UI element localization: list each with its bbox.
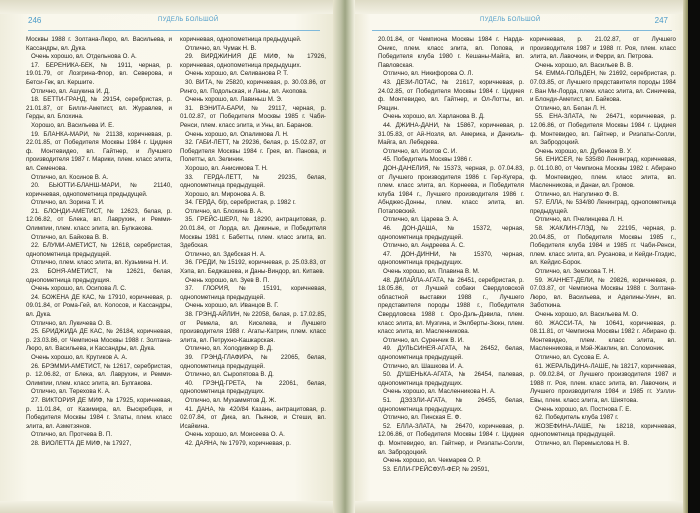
evaluation-line: Отлично, вл. Мухаммятов Д. Ж. bbox=[180, 397, 326, 406]
catalog-entry: 52. ЕЛЛА-ЗЛАТА, № 26470, коричневая, р. … bbox=[378, 423, 524, 457]
evaluation-line: Очень хорошо, вл. Отдельнова О. А. bbox=[26, 53, 172, 62]
page-number-left: 246 bbox=[28, 16, 41, 25]
evaluation-line: Отлично, вл. Байкова В. В. bbox=[26, 234, 172, 243]
evaluation-line: Очень хорошо, вл. Крутиков А. А. bbox=[26, 354, 172, 363]
evaluation-line: Отлично, вл. Белан Л. Н. bbox=[530, 105, 676, 114]
book-spread: 246 ПУДЕЛЬ БОЛЬШОЙ ПУДЕЛЬ БОЛЬШОЙ 247 Мо… bbox=[0, 0, 700, 513]
catalog-entry: 25. БРИДЖИДА ДЕ КАС, № 26184, коричневая… bbox=[26, 328, 172, 354]
evaluation-line: Очень хорошо, вл. Дубенков В. У. bbox=[530, 148, 676, 157]
evaluation-line: Отлично, вл. Пчелинцева Л. Н. bbox=[530, 216, 676, 225]
catalog-entry: 47. ДОН-ДИННИ, № 15370, черная, однопоме… bbox=[378, 251, 524, 268]
catalog-entry: 41. ДАНА, № 420/84 Казань, антрацитовая,… bbox=[180, 406, 326, 432]
catalog-entry: 26. БРЭММИ-АМЕТИСТ, № 12617, серебристая… bbox=[26, 363, 172, 389]
evaluation-line: Очень хорошо, вл. Лавиньш М. Э. bbox=[180, 96, 326, 105]
catalog-entry: 31. ВЭНИТА-БАРИ, № 29117, черная, р. 01.… bbox=[180, 105, 326, 131]
catalog-entry: 32. ГАБИ-ЛЕТТ, № 29236, белая, р. 15.02.… bbox=[180, 139, 326, 165]
evaluation-line: 62. Победитель клуба 1987 г. bbox=[530, 414, 676, 423]
catalog-entry: 38. ГРЭНД-АЙЛИН, № 22058, белая, р. 17.0… bbox=[180, 311, 326, 345]
evaluation-line: Хорошо, вл. Миронова А. В. bbox=[180, 191, 326, 200]
catalog-entry: 28. ВИОЛЕТТА ДЕ МИФ, № 17927, bbox=[26, 440, 172, 449]
evaluation-line: Хорошо, вл. Анисимова Т. Н. bbox=[180, 165, 326, 174]
left-page-header: 246 ПУДЕЛЬ БОЛЬШОЙ bbox=[28, 16, 320, 31]
evaluation-line: Отлично, плем. класс элита, вл. Кузьмина… bbox=[26, 259, 172, 268]
catalog-entry: 33. ГЕРДА-ЛЕТТ, № 29235, белая, однопоме… bbox=[180, 174, 326, 191]
text-column-right-1: 20.01.84, от Чемпиона Москвы 1984 г. Нар… bbox=[378, 36, 524, 474]
evaluation-line: Очень хорошо, вл. Иванцов В. Г. bbox=[180, 302, 326, 311]
evaluation-line: Отлично, вл. Терехова К. А. bbox=[26, 388, 172, 397]
catalog-entry: 54. ЕММА-ГОЛЬДЕН, № 21692, серебристая, … bbox=[530, 70, 676, 104]
evaluation-line: Отлично, вл. Лукичева О. В. bbox=[26, 320, 172, 329]
catalog-entry: 19. БЛАНКА-МАРИ, № 21138, коричневая, р.… bbox=[26, 131, 172, 174]
catalog-entry: 55. ЕНА-ЗЛАТА, № 26471, коричневая, р. 1… bbox=[530, 113, 676, 147]
evaluation-line: Отлично, вл. Сыропятова В. Д. bbox=[180, 371, 326, 380]
catalog-entry: 24. БОЖЕНА ДЕ КАС, № 17910, коричневая, … bbox=[26, 294, 172, 320]
catalog-entry: 59. ЖАННЕТ-ДЕЛИ, № 29826, коричневая, р.… bbox=[530, 277, 676, 311]
evaluation-line: Отлично, вл. Пинская Е. Ф. bbox=[378, 414, 524, 423]
evaluation-line: 45. Победитель Москвы 1986 г. bbox=[378, 156, 524, 165]
evaluation-line: Отлично, вл. Холодивкер В. Д. bbox=[180, 345, 326, 354]
catalog-entry: 42. ДАЯНА, № 17979, коричневая, р. bbox=[180, 440, 326, 449]
continued-text: коричневая, р. 21.02.87, от Лучшего прои… bbox=[530, 36, 676, 62]
evaluation-line: Отлично, вл. Нагулинко Ф. В. bbox=[530, 191, 676, 200]
text-column-right-2: коричневая, р. 21.02.87, от Лучшего прои… bbox=[530, 36, 676, 449]
catalog-entry: 35. ГРЕЙС-ШЕРЛ, № 18290, антрацитовая, р… bbox=[180, 216, 326, 250]
catalog-entry: 30. ВИТА, № 25820, коричневая, р. 30.03.… bbox=[180, 79, 326, 96]
text-column-left-2: коричневая, однопометница предыдущей.Отл… bbox=[180, 36, 326, 449]
catalog-entry: 18. БЕТТИ-ГРАНД, № 29154, серебристая, р… bbox=[26, 96, 172, 122]
evaluation-line: Отлично, вл. Протчева В. П. bbox=[26, 431, 172, 440]
evaluation-line: Очень хорошо, вл. Зуев В. П. bbox=[180, 277, 326, 286]
evaluation-line: Очень хорошо, вл. Васильев В. В. bbox=[530, 62, 676, 71]
evaluation-line: Отлично, вл. Сусова Е. А. bbox=[530, 354, 676, 363]
catalog-entry: ЖОЗЕФИНА-ЛАШЕ, № 18218, коричневая, одно… bbox=[530, 423, 676, 440]
evaluation-line: Очень хорошо, вл. Масленникова Н. А. bbox=[378, 388, 524, 397]
catalog-entry: 22. БЛУМИ-АМЕТИСТ, № 12618, серебристая,… bbox=[26, 242, 172, 259]
evaluation-line: Отлично, вл. Земскова Т. Н. bbox=[530, 268, 676, 277]
catalog-entry: 40. ГРЭНД-ГРЕТА, № 22061, белая, однопом… bbox=[180, 380, 326, 397]
evaluation-line: Отлично, вл. Шашкова И. А. bbox=[378, 363, 524, 372]
evaluation-line: Очень хорошо, вл. Васильева М. О. bbox=[530, 311, 676, 320]
evaluation-line: Очень хорошо, вл. Моисеева О. А. bbox=[180, 431, 326, 440]
evaluation-line: Отлично, вл. Изотов С. И. bbox=[378, 148, 524, 157]
running-title-right: ПУДЕЛЬ БОЛЬШОЙ bbox=[480, 17, 541, 23]
evaluation-line: Очень хорошо, вл. Постнова Г. Е. bbox=[530, 406, 676, 415]
catalog-entry: 20. БЬЮТТИ-БЛАНШ-МАРИ, № 21140, коричнев… bbox=[26, 182, 172, 199]
evaluation-line: Отлично, вл. Никифорова О. Л. bbox=[378, 70, 524, 79]
catalog-entry: 23. БОНЯ-АМЕТИСТ, № 12621, белая, однопо… bbox=[26, 268, 172, 285]
evaluation-line: Отлично, вл. Суренчик В. И. bbox=[378, 337, 524, 346]
catalog-entry: 34. ГЕРДА, б/р, серебристая, р. 1982 г. bbox=[180, 199, 326, 208]
evaluation-line: Отлично, вл. Ашукина И. Д. bbox=[26, 88, 172, 97]
evaluation-line: Очень хорошо, вл. Харланова В. Д. bbox=[378, 113, 524, 122]
evaluation-line: Отлично, вл. Перемыслова Н. В. bbox=[530, 440, 676, 449]
evaluation-line: Отлично, вл. Чумак Н. В. bbox=[180, 45, 326, 54]
evaluation-line: Очень хорошо, вл. Опалимова Л. Н. bbox=[180, 131, 326, 140]
evaluation-line: Очень хорошо, вл. Селиванова Р. Т. bbox=[180, 70, 326, 79]
catalog-entry: 44. ДЖИНА-ДАНИ, № 15867, коричневая, р. … bbox=[378, 122, 524, 148]
evaluation-line: Очень хорошо, вл. Плавина В. М. bbox=[378, 268, 524, 277]
catalog-entry: 17. БЕРЕНИКА-БЕК, № 1911, черная, р. 19.… bbox=[26, 62, 172, 88]
evaluation-line: Очень хорошо, вл. Осипова Л. С. bbox=[26, 285, 172, 294]
evaluation-line: Хорошо, вл. Васильева И. Е. bbox=[26, 122, 172, 131]
continued-text: 20.01.84, от Чемпиона Москвы 1984 г. Нар… bbox=[378, 36, 524, 70]
evaluation-line: Отлично, вл. Зорина Т. И. bbox=[26, 199, 172, 208]
catalog-entry: 58. ЖАКЛИН-ГЛЭД, № 22195, черная, р. 20.… bbox=[530, 225, 676, 268]
continued-text: Москвы 1988 г. Золтана-Люро, вл. Василье… bbox=[26, 36, 172, 53]
scan-border bbox=[688, 0, 700, 513]
catalog-entry: 49. ДУЛЬСИНЕЯ-АГАТА, № 26452, белая, одн… bbox=[378, 345, 524, 362]
catalog-entry: 53. ЕЛЛИ-ГРЕЙСФУЛ-ФЕР, № 29591, bbox=[378, 466, 524, 475]
catalog-entry: 46. ДОН-ДАША, № 15372, черная, однопомет… bbox=[378, 225, 524, 242]
catalog-entry: 36. ГРЕДИ, № 15192, коричневая, р. 25.03… bbox=[180, 259, 326, 276]
book-spine-fold bbox=[333, 0, 355, 513]
catalog-entry: 56. ЕНИСЕЯ, № 535/80 Ленинград, коричнев… bbox=[530, 156, 676, 190]
running-title-left: ПУДЕЛЬ БОЛЬШОЙ bbox=[158, 17, 219, 23]
evaluation-line: Отлично, вл. Здебская Н. А. bbox=[180, 251, 326, 260]
evaluation-line: Отлично, вл. Царева Э. А. bbox=[378, 216, 524, 225]
catalog-entry: 61. ЖЕРАЛЬДИНА-ЛАШЕ, № 18217, коричневая… bbox=[530, 363, 676, 406]
catalog-entry: 29. ВИРДЖИНИЯ ДЕ МИФ, № 17926, коричнева… bbox=[180, 53, 326, 70]
catalog-entry: 60. ЖАССИ-ТА, № 10641, коричневая, р. 08… bbox=[530, 320, 676, 354]
right-page-header: ПУДЕЛЬ БОЛЬШОЙ 247 bbox=[372, 16, 672, 31]
evaluation-line: Отлично, вл. Андреева А. С. bbox=[378, 242, 524, 251]
evaluation-line: Отлично, вл. Косинов В. А. bbox=[26, 174, 172, 183]
page-number-right: 247 bbox=[655, 16, 668, 25]
continued-text: коричневая, однопометница предыдущей. bbox=[180, 36, 326, 45]
catalog-entry: 57. ЕЛЛА, № 534/80 Ленинград, однопометн… bbox=[530, 199, 676, 216]
evaluation-line: Очень хорошо, вл. Чекмарев О. Р. bbox=[378, 457, 524, 466]
text-column-left-1: Москвы 1988 г. Золтана-Люро, вл. Василье… bbox=[26, 36, 172, 449]
catalog-entry: 43. ДЕЗИ-ЛОТАС, № 21617, коричневая, р. … bbox=[378, 79, 524, 113]
catalog-entry: 48. ДИЛАЙЛА-АГАТА, № 26451, серебристая,… bbox=[378, 277, 524, 337]
catalog-entry: 39. ГРЭНД-ГЛАФИРА, № 22065, белая, одноп… bbox=[180, 354, 326, 371]
catalog-entry: 50. ДУШЕНЬКА-АГАТА, № 26454, палевая, од… bbox=[378, 371, 524, 388]
catalog-entry: 27. ВИКТОРИЯ ДЕ МИФ, № 17925, коричневая… bbox=[26, 397, 172, 431]
catalog-entry: ДОН-ДАНЕЛИЯ, № 15373, черная, р. 07.04.8… bbox=[378, 165, 524, 217]
catalog-entry: 37. ГЛОРИЯ, № 15191, коричневая, однопом… bbox=[180, 285, 326, 302]
catalog-entry: 21. БЛОНДИ-АМЕТИСТ, № 12623, белая, р. 1… bbox=[26, 208, 172, 234]
catalog-entry: 51. ДЭЗЗЛИ-АГАТА, № 26455, белая, однопо… bbox=[378, 397, 524, 414]
